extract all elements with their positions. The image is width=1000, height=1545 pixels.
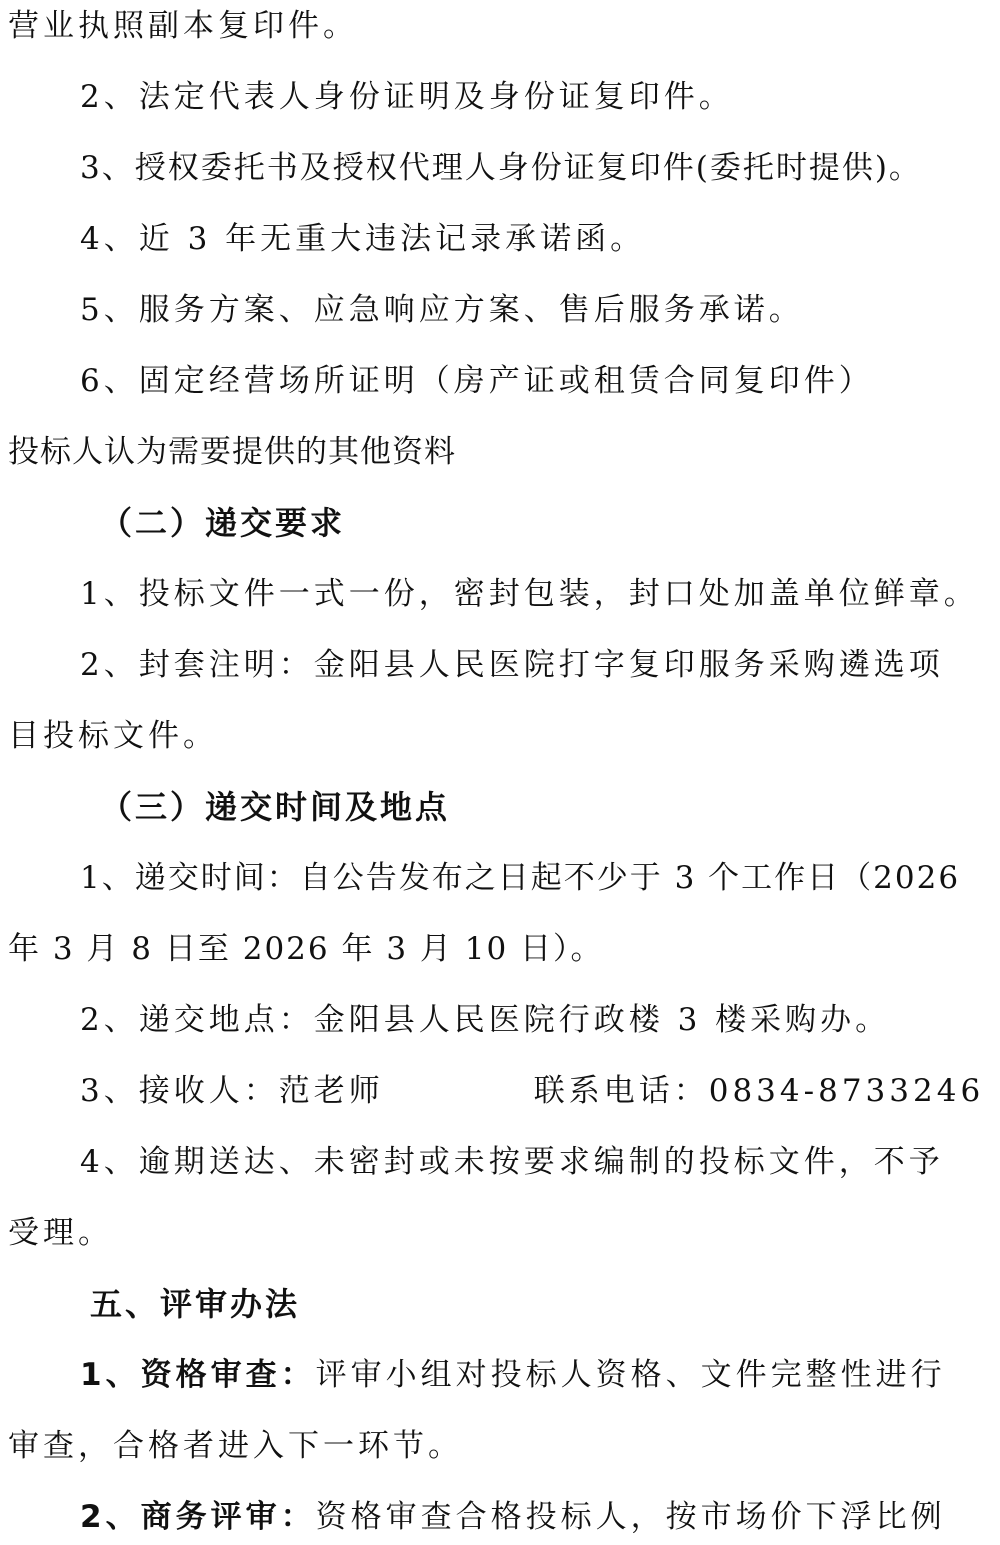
list-item: 3、接收人：范老师联系电话：0834-8733246 bbox=[80, 1071, 984, 1111]
list-item: 6、固定经营场所证明（房产证或租赁合同复印件） bbox=[80, 361, 874, 401]
item-text: 资格审查合格投标人，按市场价下浮比例 bbox=[316, 1499, 946, 1535]
text-line: 目投标文件。 bbox=[8, 716, 218, 756]
list-item: 2、法定代表人身份证明及身份证复印件。 bbox=[80, 77, 734, 117]
text-line: 受理。 bbox=[8, 1213, 113, 1253]
list-item: 2、商务评审：资格审查合格投标人，按市场价下浮比例 bbox=[80, 1497, 946, 1537]
receiver-label: 3、接收人：范老师 bbox=[80, 1073, 384, 1109]
list-item: 1、递交时间：自公告发布之日起不少于 3 个工作日（2026 bbox=[80, 858, 960, 898]
section-heading: 五、评审办法 bbox=[90, 1284, 300, 1324]
list-item: 2、递交地点：金阳县人民医院行政楼 3 楼采购办。 bbox=[80, 1000, 890, 1040]
item-label-bold: 2、商务评审： bbox=[80, 1499, 316, 1535]
item-label-bold: 1、资格审查： bbox=[80, 1357, 316, 1393]
list-item: 5、服务方案、应急响应方案、售后服务承诺。 bbox=[80, 290, 804, 330]
list-item: 4、近 3 年无重大违法记录承诺函。 bbox=[80, 219, 645, 259]
section-heading: （三）递交时间及地点 bbox=[100, 787, 450, 827]
text-line: 投标人认为需要提供的其他资料 bbox=[8, 432, 456, 472]
list-item: 2、封套注明：金阳县人民医院打字复印服务采购遴选项 bbox=[80, 645, 944, 685]
list-item: 1、投标文件一式一份，密封包装，封口处加盖单位鲜章。 bbox=[80, 574, 979, 614]
text-line: 年 3 月 8 日至 2026 年 3 月 10 日）。 bbox=[8, 929, 604, 969]
phone-label: 联系电话：0834-8733246 bbox=[534, 1073, 984, 1109]
list-item: 1、资格审查：评审小组对投标人资格、文件完整性进行 bbox=[80, 1355, 946, 1395]
item-text: 评审小组对投标人资格、文件完整性进行 bbox=[316, 1357, 946, 1393]
text-line: 营业执照副本复印件。 bbox=[8, 6, 358, 46]
list-item: 4、逾期送达、未密封或未按要求编制的投标文件，不予 bbox=[80, 1142, 944, 1182]
section-heading: （二）递交要求 bbox=[100, 503, 345, 543]
text-line: 审查，合格者进入下一环节。 bbox=[8, 1426, 463, 1466]
list-item: 3、授权委托书及授权代理人身份证复印件(委托时提供)。 bbox=[80, 148, 922, 188]
